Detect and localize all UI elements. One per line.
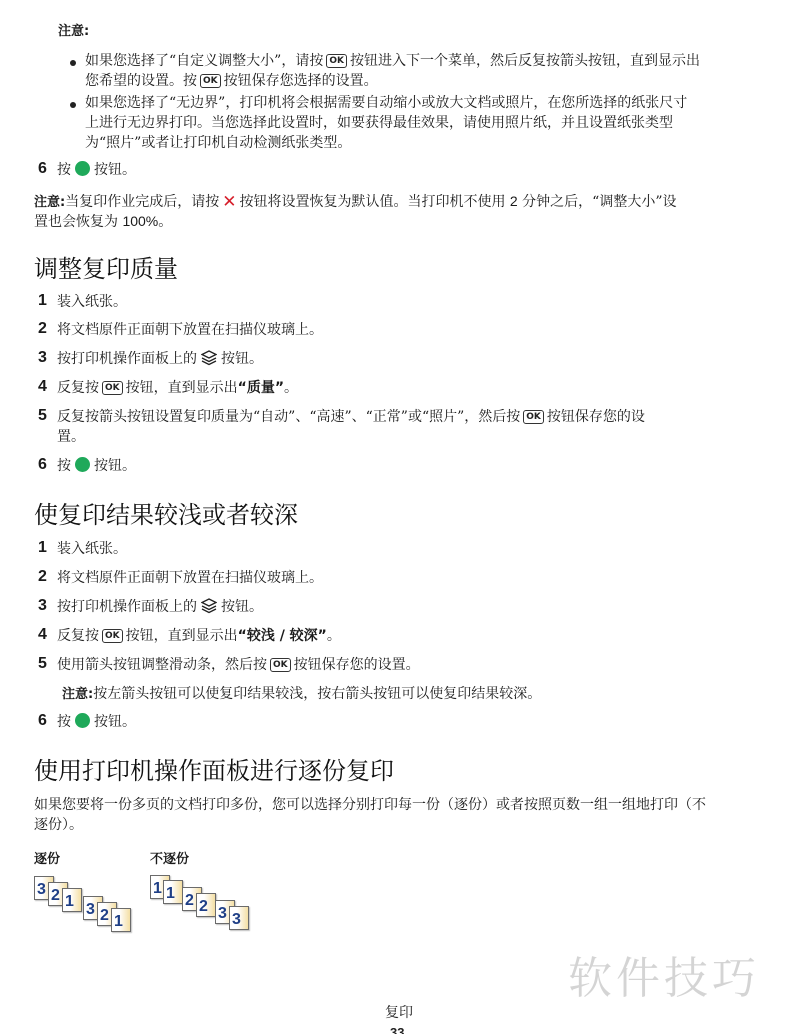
note-label: 注意: bbox=[62, 687, 93, 702]
text: 如果您选择了“自定义调整大小”，请按 bbox=[85, 53, 323, 69]
text: 按钮保存您选择的设置。 bbox=[224, 73, 378, 89]
text: 按 bbox=[57, 162, 71, 178]
section-title-collate: 使用打印机操作面板进行逐份复印 bbox=[34, 756, 394, 786]
page-icon: 2 bbox=[196, 893, 216, 917]
step-number: 1 bbox=[38, 292, 47, 310]
darkness-step-3: 按打印机操作面板上的按钮。 bbox=[57, 597, 263, 617]
text: 按钮。 bbox=[94, 714, 136, 730]
text: 按钮进入下一个菜单，然后反复按箭头按钮，直到显示出 bbox=[350, 53, 700, 69]
page-number: 2 bbox=[100, 907, 109, 925]
page-number: 1 bbox=[153, 880, 162, 898]
text: 100% bbox=[122, 213, 158, 229]
collated-label: 逐份 bbox=[34, 848, 60, 867]
step-number: 1 bbox=[38, 539, 47, 557]
ok-button-icon: OK bbox=[326, 54, 347, 68]
text: 按钮。 bbox=[94, 458, 136, 474]
text: 按打印机操作面板上的 bbox=[57, 599, 197, 615]
step-number: 4 bbox=[38, 378, 47, 396]
text: 按钮保存您的设置。 bbox=[294, 657, 420, 673]
step-number: 2 bbox=[38, 320, 47, 338]
text: 。 bbox=[284, 380, 298, 396]
text: 按钮，直到显示出 bbox=[126, 628, 238, 644]
text: 。 bbox=[158, 214, 172, 230]
section-title-darkness: 使复印结果较浅或者较深 bbox=[34, 500, 298, 530]
bullet-dot bbox=[70, 60, 76, 66]
text: 。 bbox=[327, 628, 341, 644]
text: 置也会恢复为 bbox=[34, 214, 118, 230]
quality-step-4: 反复按OK按钮，直到显示出“质量”。 bbox=[57, 378, 298, 398]
page-number: 1 bbox=[65, 893, 74, 911]
page-number: 2 bbox=[199, 898, 208, 916]
ok-button-icon: OK bbox=[523, 410, 544, 424]
darkness-step-1: 装入纸张。 bbox=[57, 539, 127, 559]
copy-layers-icon bbox=[201, 598, 217, 614]
page-number: 1 bbox=[114, 913, 123, 931]
quality-step-6: 按按钮。 bbox=[57, 456, 136, 476]
text: 您希望的设置。按 bbox=[85, 73, 197, 89]
quality-step-1: 装入纸张。 bbox=[57, 292, 127, 312]
collate-paragraph-line-1: 如果您要将一份多页的文档打印多份，您可以选择分别打印每一份（逐份）或者按照页数一… bbox=[34, 795, 706, 815]
page-number: 3 bbox=[218, 905, 227, 923]
ok-button-icon: OK bbox=[102, 629, 123, 643]
text: 分钟之后，“调整大小”设 bbox=[522, 194, 676, 210]
bullet-dot bbox=[70, 102, 76, 108]
page-icon: 1 bbox=[62, 888, 82, 912]
note-reset-line-1: 注意:当复印作业完成后，请按✕按钮将设置恢复为默认值。当打印机不使用 2 分钟之… bbox=[34, 191, 676, 213]
text: 按 bbox=[57, 458, 71, 474]
darkness-step-2: 将文档原件正面朝下放置在扫描仪玻璃上。 bbox=[57, 568, 323, 588]
footer-section-name: 复印 bbox=[385, 1003, 413, 1023]
step-number: 6 bbox=[38, 712, 47, 730]
text: 按 bbox=[57, 714, 71, 730]
collate-paragraph-line-2: 逐份）。 bbox=[34, 815, 83, 835]
text: 当复印作业完成后，请按 bbox=[65, 194, 219, 210]
darkness-step-4: 反复按OK按钮，直到显示出“较浅 / 较深”。 bbox=[57, 626, 341, 646]
text: 按钮。 bbox=[221, 351, 263, 367]
step-number: 5 bbox=[38, 655, 47, 673]
text: 按打印机操作面板上的 bbox=[57, 351, 197, 367]
text: 反复按 bbox=[57, 380, 99, 396]
text: 反复按箭头按钮设置复印质量为“自动”、“高速”、“正常”或“照片”，然后按 bbox=[57, 409, 520, 425]
note-bullet-2-line-3: 为“照片”或者让打印机自动检测纸张类型。 bbox=[85, 133, 351, 153]
darkness-step-6: 按按钮。 bbox=[57, 712, 136, 732]
start-button-icon bbox=[75, 713, 90, 728]
ok-button-icon: OK bbox=[102, 381, 123, 395]
page-icon: 3 bbox=[229, 906, 249, 930]
ok-button-icon: OK bbox=[270, 658, 291, 672]
text: 按钮。 bbox=[94, 162, 136, 178]
note-reset-line-2: 置也会恢复为 100%。 bbox=[34, 211, 172, 232]
menu-name-quality: “质量” bbox=[238, 380, 284, 396]
uncollated-label: 不逐份 bbox=[150, 848, 189, 867]
text: 按钮将设置恢复为默认值。当打印机不使用 bbox=[239, 194, 505, 210]
page-icon: 1 bbox=[111, 908, 131, 932]
page-number: 3 bbox=[86, 901, 95, 919]
menu-name-lighter-darker: “较浅 / 较深” bbox=[238, 628, 327, 644]
note-bullet-1-line-2: 您希望的设置。按OK按钮保存您选择的设置。 bbox=[85, 71, 378, 91]
page-number: 2 bbox=[51, 887, 60, 905]
text: 按钮保存您的设 bbox=[547, 409, 645, 425]
copy-layers-icon bbox=[201, 350, 217, 366]
start-button-icon bbox=[75, 161, 90, 176]
text: 按左箭头按钮可以使复印结果较浅，按右箭头按钮可以使复印结果较深。 bbox=[93, 686, 541, 702]
text: 2 bbox=[510, 193, 518, 209]
page-number: 1 bbox=[166, 885, 175, 903]
page-number: 3 bbox=[232, 911, 241, 929]
step-number: 3 bbox=[38, 597, 47, 615]
quality-step-2: 将文档原件正面朝下放置在扫描仪玻璃上。 bbox=[57, 320, 323, 340]
quality-step-5-line-1: 反复按箭头按钮设置复印质量为“自动”、“高速”、“正常”或“照片”，然后按OK按… bbox=[57, 407, 645, 427]
note-bullet-2-line-1: 如果您选择了“无边界”，打印机将会根据需要自动缩小或放大文档或照片，在您所选择的… bbox=[85, 93, 687, 113]
note-bullet-1-line-1: 如果您选择了“自定义调整大小”，请按OK按钮进入下一个菜单，然后反复按箭头按钮，… bbox=[85, 51, 700, 71]
page-number: 2 bbox=[185, 892, 194, 910]
text: 使用箭头按钮调整滑动条，然后按 bbox=[57, 657, 267, 673]
watermark: 软件技巧 bbox=[568, 942, 760, 1006]
note-bullet-2-line-2: 上进行无边界打印。当您选择此设置时，如要获得最佳效果，请使用照片纸，并且设置纸张… bbox=[85, 113, 673, 133]
cancel-x-icon: ✕ bbox=[222, 192, 236, 212]
page-number: 3 bbox=[37, 881, 46, 899]
text: 按钮。 bbox=[221, 599, 263, 615]
step-number: 6 bbox=[38, 160, 47, 178]
note-label: 注意: bbox=[58, 20, 89, 39]
step-number: 4 bbox=[38, 626, 47, 644]
quality-step-3: 按打印机操作面板上的按钮。 bbox=[57, 349, 263, 369]
page-icon: 1 bbox=[163, 880, 183, 904]
note-label: 注意: bbox=[34, 195, 65, 210]
start-button-icon bbox=[75, 457, 90, 472]
quality-step-5-line-2: 置。 bbox=[57, 427, 85, 447]
step-number: 2 bbox=[38, 568, 47, 586]
step-number: 6 bbox=[38, 456, 47, 474]
text: 按钮，直到显示出 bbox=[126, 380, 238, 396]
ok-button-icon: OK bbox=[200, 74, 221, 88]
footer-page-number: 33 bbox=[390, 1026, 404, 1034]
section-title-quality: 调整复印质量 bbox=[34, 254, 178, 284]
darkness-note: 注意:按左箭头按钮可以使复印结果较浅，按右箭头按钮可以使复印结果较深。 bbox=[62, 684, 541, 705]
step-number: 3 bbox=[38, 349, 47, 367]
step-6-text: 按按钮。 bbox=[57, 160, 136, 180]
step-number: 5 bbox=[38, 407, 47, 425]
text: 反复按 bbox=[57, 628, 99, 644]
darkness-step-5: 使用箭头按钮调整滑动条，然后按OK按钮保存您的设置。 bbox=[57, 655, 420, 675]
